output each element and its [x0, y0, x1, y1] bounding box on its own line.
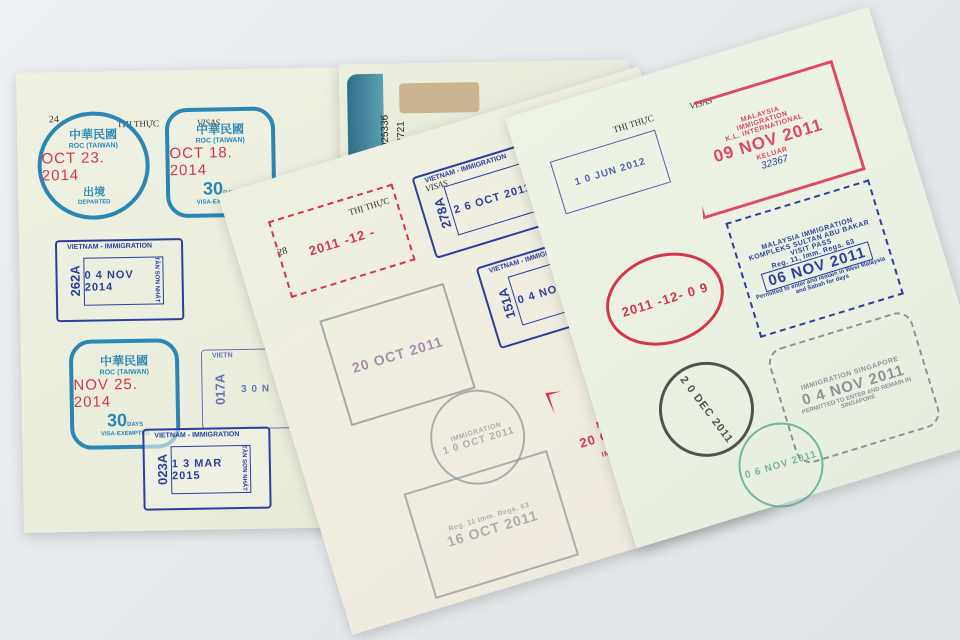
- stamp-date: OCT 23. 2014: [41, 149, 146, 185]
- stamp-date: NOV 25. 2014: [73, 375, 176, 411]
- stamp-header: VIETNAM - IMMIGRATION: [67, 243, 152, 251]
- stamp-date: 0 6 NOV 2011: [744, 449, 819, 481]
- stamp-date: 1 3 MAR 2015: [172, 457, 250, 482]
- stamp-header: VIETNAM - IMMIGRATION: [154, 431, 239, 439]
- stamp-title: 中華民國: [196, 119, 244, 137]
- stamp-date: 2011 -12- 0 9: [620, 279, 710, 320]
- stamp-date: 1 0 JUN 2012: [574, 156, 648, 188]
- stamp-title: 中華民國: [69, 125, 117, 143]
- stamp-date: 2 6 OCT 2011: [452, 181, 532, 216]
- blue-rect-stamp: 1 0 JUN 2012: [550, 130, 671, 215]
- stamp-header: VIETN: [212, 352, 233, 359]
- vietnam-023a-stamp: VIETNAM - IMMIGRATION 023A 1 3 MAR 2015 …: [142, 427, 271, 511]
- stamp-extra: 出境: [83, 183, 105, 199]
- stamp-code: 262A: [67, 265, 83, 296]
- stamp-date: 3 0 N: [241, 383, 270, 395]
- stamp-title: 中華民國: [100, 351, 148, 369]
- stamp-code: 023A: [155, 454, 171, 485]
- stamp-footer: DEPARTED: [78, 199, 111, 206]
- taiwan-departed-stamp: 中華民國 ROC (TAIWAN) OCT 23. 2014 出境 DEPART…: [37, 111, 151, 221]
- stamp-days: 30: [107, 410, 127, 430]
- stamp-side: TÂN SƠN NHẤT: [241, 445, 248, 491]
- stamp-date: 2 0 DEC 2011: [677, 374, 735, 446]
- ornament-emblem: [399, 82, 480, 113]
- stamp-days-label: DAYS: [127, 421, 143, 427]
- stamp-date: 20 OCT 2011: [350, 333, 445, 376]
- stamp-date: 2011 -12 -: [307, 224, 377, 258]
- red-rect-stamp: 2011 -12 -: [268, 184, 416, 299]
- red-oval-stamp: 2011 -12- 0 9: [594, 239, 735, 360]
- stamp-side: TÂN SƠN NHẤT: [153, 257, 160, 303]
- stamp-date: 0 4 NOV 2014: [84, 268, 162, 293]
- malaysia-visit-pass-stamp: Reg. 11 Imm. Regs. 63 16 OCT 2011: [403, 450, 579, 599]
- vietnam-262a-stamp: VIETNAM - IMMIGRATION 262A 0 4 NOV 2014 …: [55, 238, 184, 322]
- stamp-code: 017A: [212, 374, 228, 405]
- stamp-date: OCT 18. 2014: [169, 143, 272, 179]
